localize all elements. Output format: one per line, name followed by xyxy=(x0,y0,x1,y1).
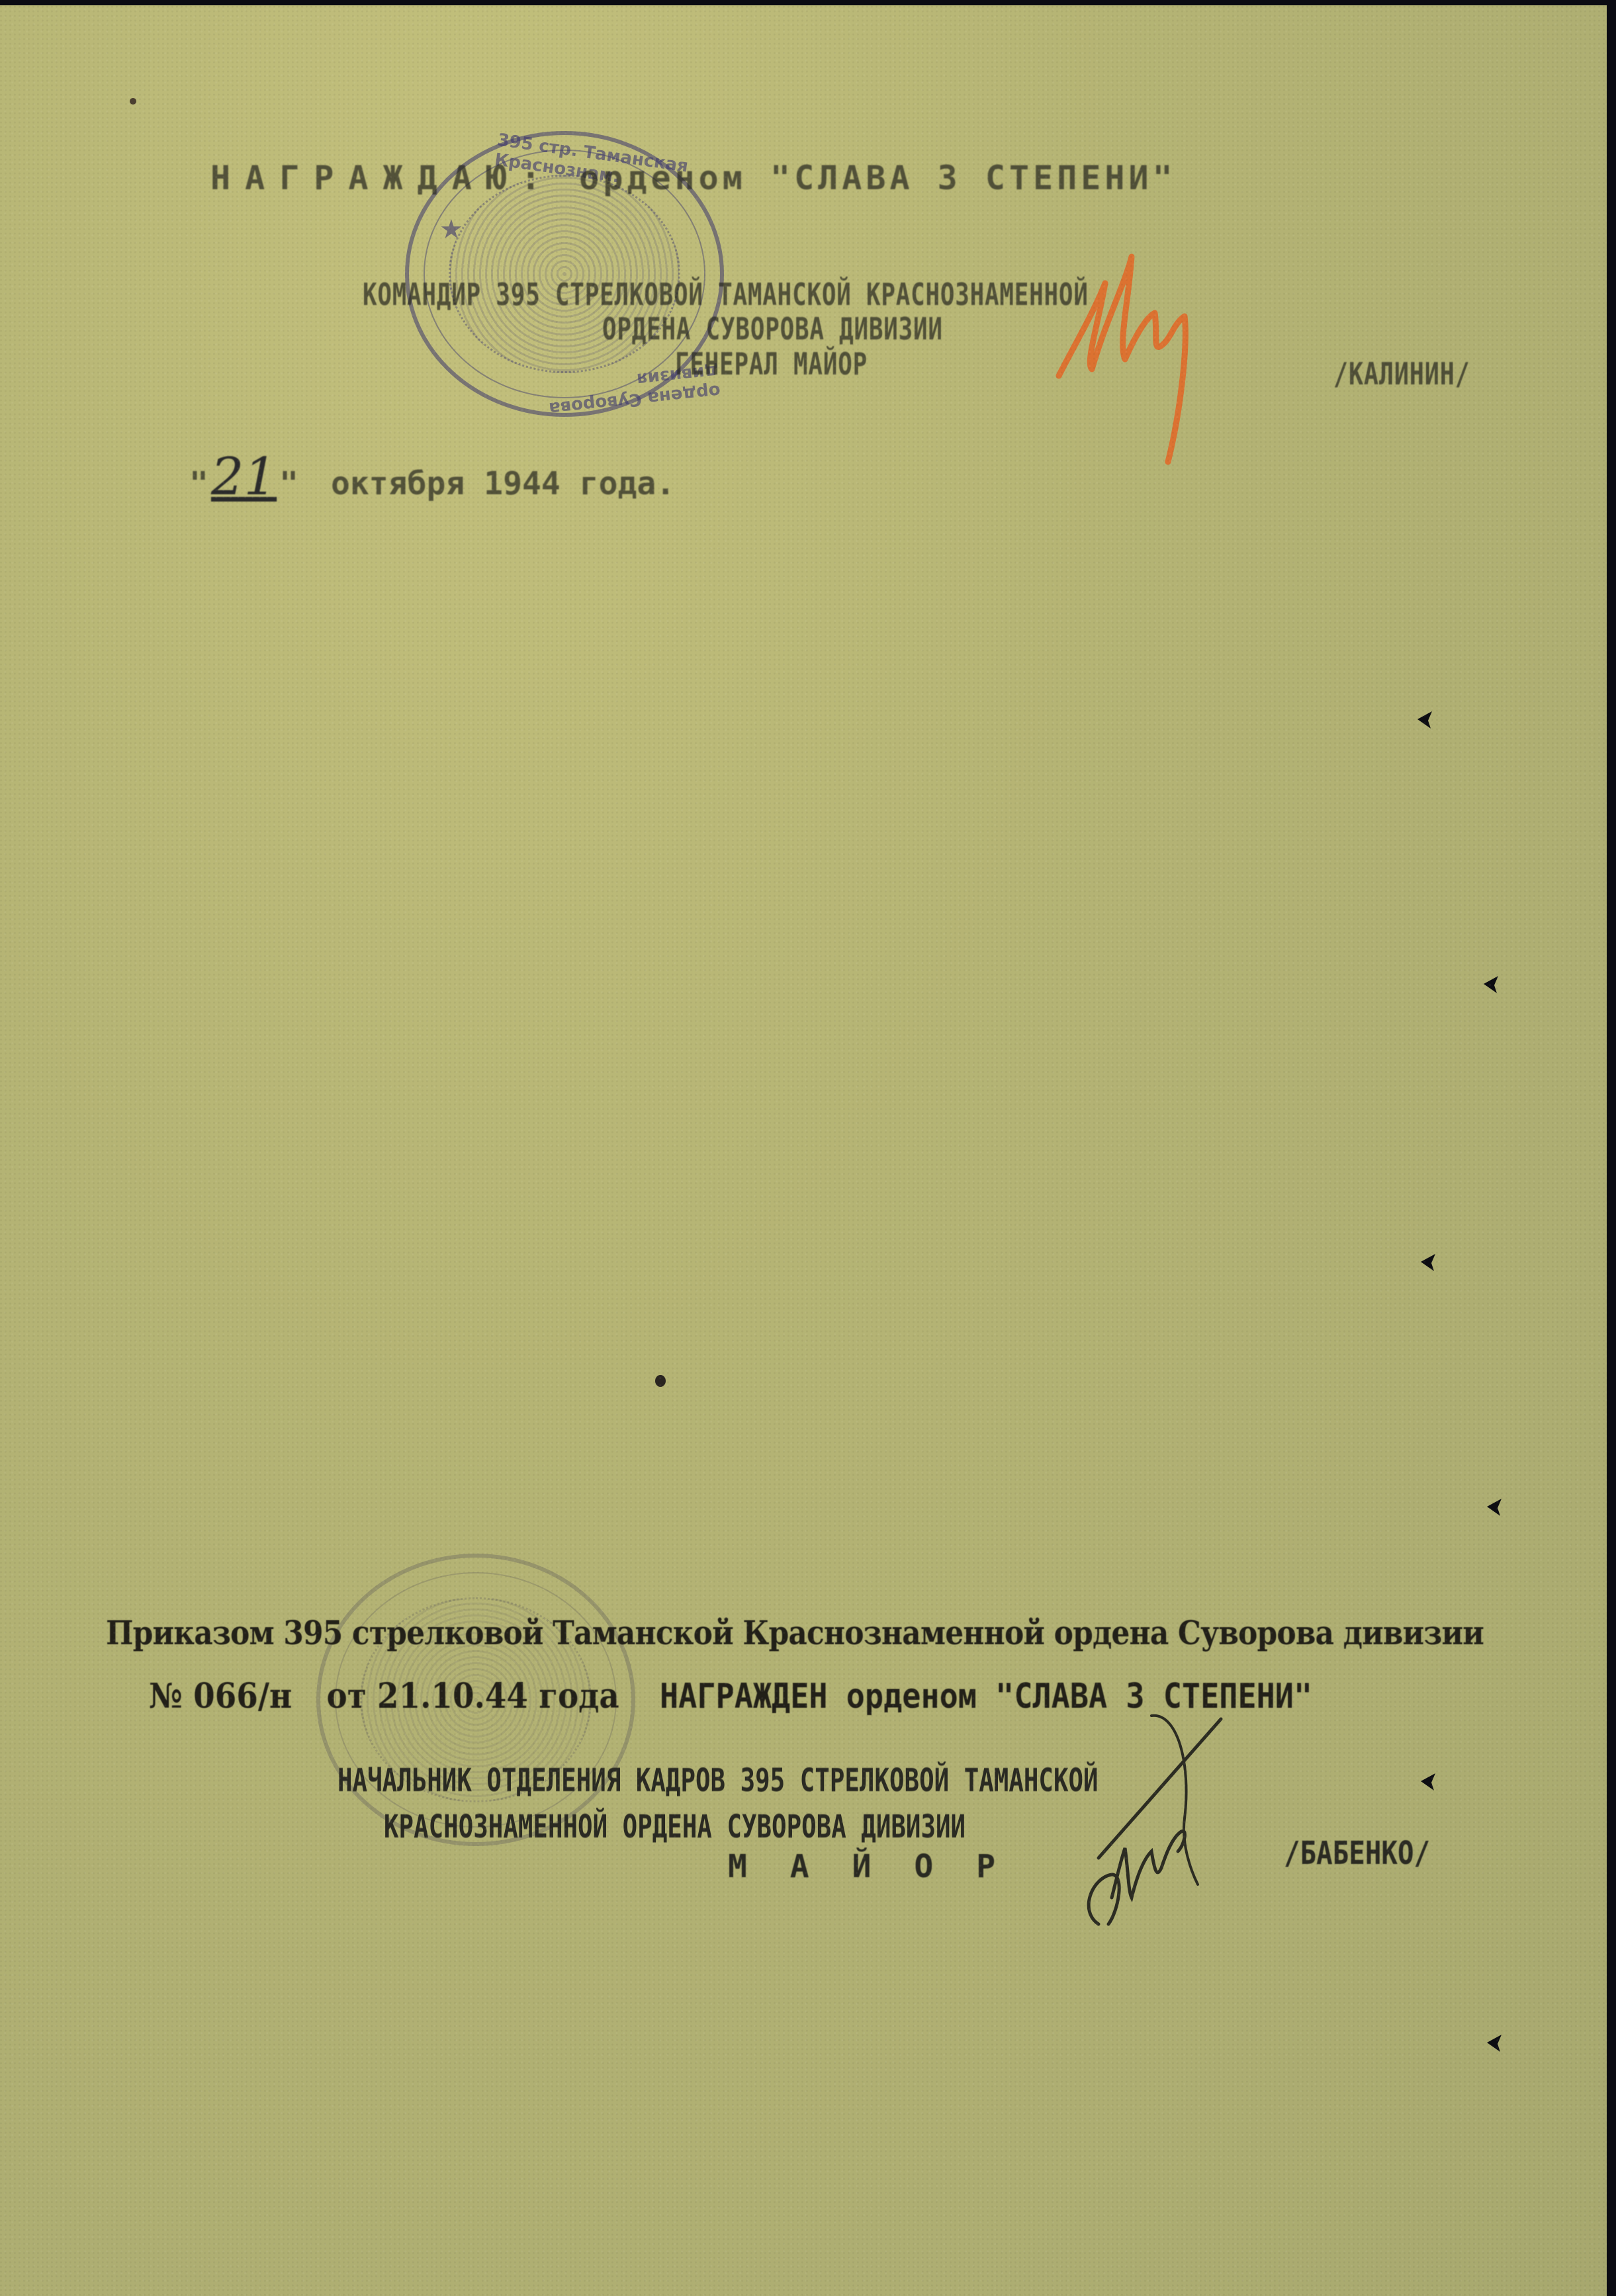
star-icon: ★ xyxy=(439,214,463,245)
date-close-quote: " xyxy=(279,465,298,502)
commander-line-1: КОМАНДИР 395 СТРЕЛКОВОЙ ТАМАНСКОЙ КРАСНО… xyxy=(363,277,1089,312)
document-date: "21" октября 1944 года. xyxy=(189,447,675,507)
award-heading: НАГРАЖДАЮ: орденом "СЛАВА 3 СТЕПЕНИ" xyxy=(210,159,1177,197)
ink-dot xyxy=(130,98,136,105)
punch-hole-icon xyxy=(1482,975,1500,994)
order-line-2: № 066/н от 21.10.44 года НАГРАЖДЕН орден… xyxy=(149,1676,1312,1716)
personnel-line-3: М А Й О Р xyxy=(728,1848,1007,1885)
document-page: 395 стр. Таманская Краснознам. ордена Су… xyxy=(0,5,1607,2296)
ink-dot xyxy=(655,1375,666,1387)
punch-hole-icon xyxy=(1486,2033,1503,2053)
punch-hole-icon xyxy=(1419,1253,1437,1272)
date-day: 21 xyxy=(211,447,277,507)
personnel-line-2: КРАСНОЗНАМЕННОЙ ОРДЕНА СУВОРОВА ДИВИЗИИ xyxy=(384,1808,965,1845)
commander-line-3: ГЕНЕРАЛ МАЙОР xyxy=(675,346,868,382)
date-open-quote: " xyxy=(189,465,208,502)
order-date: от 21.10.44 года xyxy=(327,1676,619,1716)
order-award: НАГРАЖДЕН орденом "СЛАВА 3 СТЕПЕНИ" xyxy=(660,1677,1312,1716)
personnel-signature xyxy=(1079,1712,1290,1937)
personnel-line-1: НАЧАЛЬНИК ОТДЕЛЕНИЯ КАДРОВ 395 СТРЕЛКОВО… xyxy=(337,1762,1099,1799)
punch-hole-icon xyxy=(1486,1497,1503,1517)
punch-hole-icon xyxy=(1416,710,1433,730)
commander-signature-red xyxy=(1032,243,1284,482)
commander-name: /КАЛИНИН/ xyxy=(1333,356,1470,392)
date-rest: октября 1944 года. xyxy=(331,465,675,502)
punch-hole-icon xyxy=(1419,1772,1437,1792)
personnel-name: /БАБЕНКО/ xyxy=(1284,1835,1430,1872)
award-text: орденом "СЛАВА 3 СТЕПЕНИ" xyxy=(579,159,1177,197)
award-prefix: НАГРАЖДАЮ: xyxy=(210,159,555,197)
order-number: № 066/н xyxy=(149,1676,292,1716)
commander-line-2: ОРДЕНА СУВОРОВА ДИВИЗИИ xyxy=(602,311,943,347)
order-line-1: Приказом 395 стрелковой Таманской Красно… xyxy=(106,1613,1484,1652)
